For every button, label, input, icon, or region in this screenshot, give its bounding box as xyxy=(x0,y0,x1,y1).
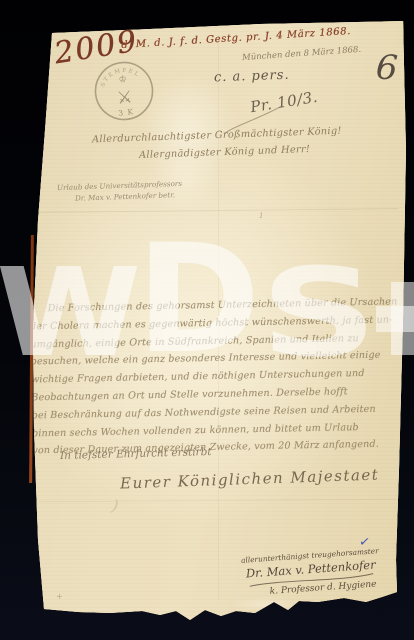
watermark-plus-vertical-bar xyxy=(391,282,414,355)
torn-fold-highlight xyxy=(228,598,304,610)
watermark-letter-d: D xyxy=(136,225,261,375)
sheet-number: 6 xyxy=(375,47,399,88)
blue-check-mark: ✓ xyxy=(358,534,371,550)
crown-icon: ♔ xyxy=(118,75,127,86)
stamp-denomination: 3 K xyxy=(118,107,135,118)
crossed-swords-icon: ⚔ xyxy=(116,87,133,108)
dateline: München den 8 März 1868. xyxy=(242,45,362,63)
watermark-letter-w: W xyxy=(0,252,141,374)
bottom-left-cross-mark: + xyxy=(56,592,63,601)
revenue-stamp: STEMPEL ♔ ⚔ 3 K xyxy=(87,57,161,126)
watermark-letter-s: S xyxy=(260,252,378,374)
case-note: c. a. pers. xyxy=(214,68,290,86)
closing-line: In tiefster Ehrfurcht erstirbt xyxy=(60,446,212,462)
address-line: Eurer Königlichen Majestaet xyxy=(120,465,380,492)
photograph-of-letter: 2009 d. M. d. J. f. d. Gestg. pr. J. 4 M… xyxy=(0,0,414,640)
signature-block: allerunterthänigst treugehorsamster Dr. … xyxy=(226,545,397,600)
pencil-arc-mark: ) xyxy=(110,496,120,516)
